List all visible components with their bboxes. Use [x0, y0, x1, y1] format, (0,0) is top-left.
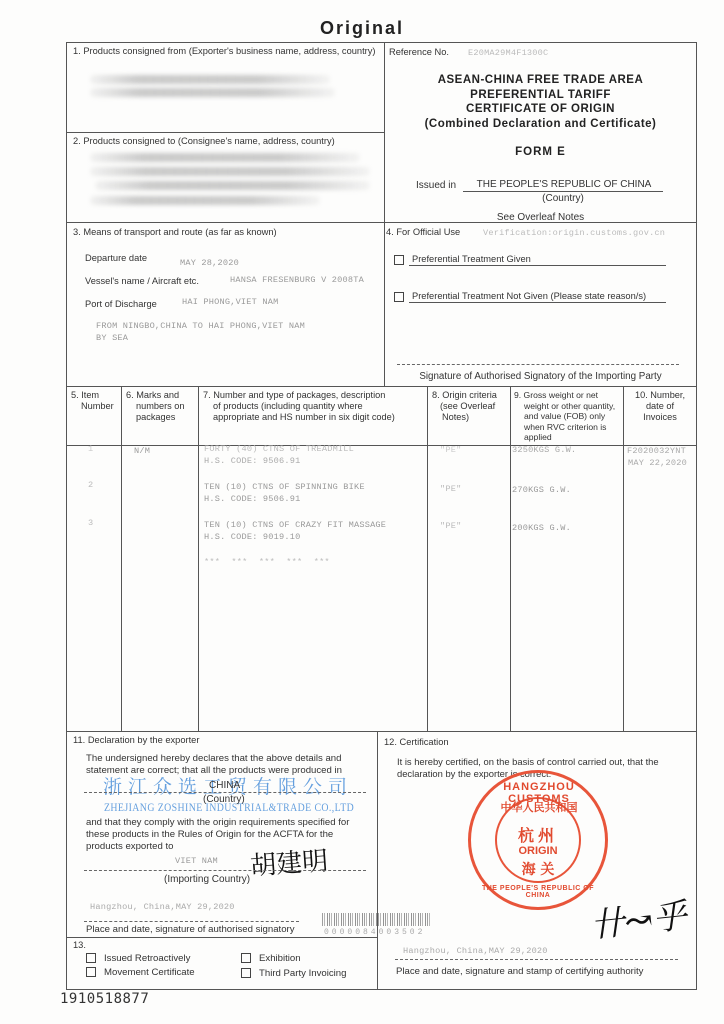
option-label: Third Party Invoicing — [259, 968, 346, 979]
signatory-dashed-line — [84, 921, 299, 922]
divider — [427, 386, 428, 731]
redacted-consignee-line — [90, 196, 320, 205]
importing-party-signature-caption: Signature of Authorised Signatory of the… — [384, 371, 697, 383]
stamp-bottom-text: THE PEOPLE'S REPUBLIC OF CHINA — [475, 885, 601, 899]
reference-number: E20MA29M4F1300C — [468, 48, 548, 59]
box13-label: 13. — [73, 940, 86, 952]
header-line: of products (including quantity where — [203, 401, 395, 412]
heading-line: (Combined Declaration and Certificate) — [384, 117, 697, 132]
heading-line: CERTIFICATE OF ORIGIN — [384, 102, 697, 117]
header-line: Notes) — [432, 412, 497, 423]
produced-in-country: CHINA — [209, 780, 240, 792]
exporter-place-date: Hangzhou, China,MAY 29,2020 — [90, 902, 235, 913]
redacted-exporter-line — [90, 75, 330, 84]
heading-line: ASEAN-CHINA FREE TRADE AREA — [384, 73, 697, 88]
issued-in-value: THE PEOPLE'S REPUBLIC OF CHINA — [466, 179, 662, 191]
vessel-value: HANSA FRESENBURG V 2008TA — [230, 275, 364, 286]
box3-label: 3. Means of transport and route (as far … — [73, 227, 277, 239]
departure-date-label: Departure date — [85, 253, 147, 265]
hs-code: H.S. CODE: 9506.91 — [204, 456, 300, 467]
serial-number: 1910518877 — [60, 991, 149, 1007]
checkbox-icon[interactable] — [394, 255, 404, 265]
stamp-customs-cn: 海 关 — [471, 859, 605, 879]
header-origin-criteria: 8. Origin criteria (see Overleaf Notes) — [432, 390, 497, 423]
barcode-digits: 0000084003502 — [324, 927, 425, 938]
checkbox-icon[interactable] — [86, 953, 96, 963]
header-line: 9. Gross weight or net — [514, 390, 615, 401]
certifier-caption: Place and date, signature and stamp of c… — [396, 966, 643, 978]
header-line: Number — [71, 401, 114, 412]
route-line: FROM NINGBO,CHINA TO HAI PHONG,VIET NAM — [96, 321, 305, 332]
heading-line: PREFERENTIAL TARIFF — [384, 88, 697, 103]
item-number: 2 — [88, 480, 93, 491]
importing-country-value: VIET NAM — [175, 856, 218, 867]
issued-in-underline — [463, 191, 663, 192]
origin-criteria: "PE" — [440, 521, 461, 532]
divider — [66, 445, 697, 446]
form-name: FORM E — [384, 146, 697, 158]
marks-value: N/M — [134, 446, 150, 457]
issued-in-label: Issued in — [416, 180, 456, 192]
redacted-exporter-line — [90, 88, 335, 97]
box1-label: 1. Products consigned from (Exporter's b… — [73, 46, 378, 58]
hs-code: H.S. CODE: 9506.91 — [204, 494, 300, 505]
header-line: 8. Origin criteria — [432, 390, 497, 401]
exporter-signature: 胡建明 — [249, 840, 329, 882]
origin-criteria: "PE" — [440, 445, 461, 456]
header-line: weight or other quantity, — [514, 401, 615, 412]
checkbox-icon[interactable] — [394, 292, 404, 302]
divider — [121, 386, 122, 731]
redacted-consignee-line — [90, 153, 360, 162]
box2-label: 2. Products consigned to (Consignee's na… — [73, 136, 378, 148]
option-exhibition[interactable]: Exhibition — [241, 953, 301, 965]
option-preferential-not-given[interactable]: Preferential Treatment Not Given (Please… — [394, 291, 646, 303]
option-preferential-given[interactable]: Preferential Treatment Given — [394, 254, 531, 266]
description-line: TEN (10) CTNS OF SPINNING BIKE — [204, 482, 365, 493]
divider — [66, 386, 697, 387]
certifier-place-date: Hangzhou, China,MAY 29,2020 — [403, 946, 548, 957]
declaration-text: The undersigned hereby declares that the… — [86, 753, 341, 765]
header-line: (see Overleaf — [432, 401, 497, 412]
country-dashed-line — [84, 792, 366, 793]
importing-country-dashed-line — [84, 870, 366, 871]
verification-url: Verification:origin.customs.gov.cn — [483, 228, 665, 239]
header-invoices: 10. Number, date of Invoices — [623, 390, 697, 423]
stamp-city: 杭州 — [471, 823, 605, 846]
option-label: Preferential Treatment Given — [412, 254, 531, 264]
route-line: BY SEA — [96, 333, 128, 344]
divider — [623, 386, 624, 731]
header-line: 5. Item — [71, 390, 114, 401]
header-line: when RVC criterion is — [514, 422, 615, 433]
checkbox-icon[interactable] — [241, 953, 251, 963]
stamp-cn-arc: 中华人民共和国 — [491, 799, 587, 815]
divider — [377, 731, 378, 990]
option-label: Preferential Treatment Not Given (Please… — [412, 291, 646, 301]
item-number: 1 — [88, 444, 93, 455]
option-issued-retroactively[interactable]: Issued Retroactively — [86, 953, 190, 965]
origin-criteria: "PE" — [440, 484, 461, 495]
header-line: 6. Marks and — [126, 390, 185, 401]
option-movement-certificate[interactable]: Movement Certificate — [86, 967, 195, 979]
company-chop-en: ZHEJIANG ZOSHINE INDUSTRIAL&TRADE CO.,LT… — [104, 800, 354, 815]
description-line: FORTY (40) CTNS OF TREADMILL — [204, 444, 354, 455]
option-underline — [409, 302, 666, 303]
country-caption: (Country) — [463, 193, 663, 205]
checkbox-icon[interactable] — [86, 967, 96, 977]
header-line: date of — [623, 401, 697, 412]
header-gross-weight: 9. Gross weight or net weight or other q… — [514, 390, 615, 443]
invoice-date: MAY 22,2020 — [628, 458, 687, 469]
redacted-consignee-line — [95, 181, 370, 190]
certification-text: It is hereby certified, on the basis of … — [397, 756, 659, 768]
box11-label: 11. Declaration by the exporter — [73, 735, 199, 747]
declaration-text: these products in the Rules of Origin fo… — [86, 829, 333, 841]
reference-label: Reference No. — [389, 47, 449, 59]
importing-country-caption: (Importing Country) — [164, 874, 250, 886]
hs-code: H.S. CODE: 9019.10 — [204, 532, 300, 543]
redacted-consignee-line — [90, 167, 370, 176]
divider — [510, 386, 511, 731]
gross-weight: 270KGS G.W. — [512, 485, 571, 496]
certificate-heading: ASEAN-CHINA FREE TRADE AREA PREFERENTIAL… — [384, 73, 697, 131]
invoice-number: F2020032YNT — [627, 446, 686, 457]
option-label: Movement Certificate — [104, 967, 195, 978]
gross-weight: 200KGS G.W. — [512, 523, 571, 534]
item-number: 3 — [88, 518, 93, 529]
option-underline — [409, 265, 666, 266]
stamp-origin: ORIGIN — [471, 845, 605, 857]
header-line: applied — [514, 432, 615, 443]
departure-date-value: MAY 28,2020 — [180, 258, 239, 269]
barcode-icon — [322, 913, 432, 926]
end-of-goods-marks: *** *** *** *** *** — [204, 557, 330, 568]
checkbox-icon[interactable] — [241, 968, 251, 978]
document-title: Original — [0, 18, 724, 39]
certifier-dashed-line — [395, 959, 678, 960]
description-line: TEN (10) CTNS OF CRAZY FIT MASSAGE — [204, 520, 386, 531]
overleaf-notes: See Overleaf Notes — [384, 212, 697, 224]
header-line: appropriate and HS number in six digit c… — [203, 412, 395, 423]
box12-label: 12. Certification — [384, 737, 449, 749]
option-label: Issued Retroactively — [104, 953, 190, 964]
option-third-party-invoicing[interactable]: Third Party Invoicing — [241, 968, 346, 980]
gross-weight: 3250KGS G.W. — [512, 445, 576, 456]
vessel-label: Vessel's name / Aircraft etc. — [85, 276, 199, 288]
header-line: 10. Number, — [623, 390, 697, 401]
divider — [66, 731, 697, 732]
divider — [66, 132, 384, 133]
header-line: packages — [126, 412, 185, 423]
signatory-caption: Place and date, signature of authorised … — [86, 924, 295, 936]
header-line: 7. Number and type of packages, descript… — [203, 390, 395, 401]
port-of-discharge-label: Port of Discharge — [85, 299, 157, 311]
header-line: numbers on — [126, 401, 185, 412]
option-label: Exhibition — [259, 953, 301, 964]
header-description: 7. Number and type of packages, descript… — [203, 390, 395, 423]
customs-stamp: HANGZHOU CUSTOMS 中华人民共和国 杭州 ORIGIN 海 关 T… — [468, 770, 608, 910]
port-of-discharge-value: HAI PHONG,VIET NAM — [182, 297, 278, 308]
declaration-text: products exported to — [86, 841, 173, 853]
box4-label: 4. For Official Use — [386, 227, 460, 239]
header-marks: 6. Marks and numbers on packages — [126, 390, 185, 423]
signature-dashed-line — [397, 364, 679, 365]
header-item-number: 5. Item Number — [71, 390, 114, 412]
declaration-text: and that they comply with the origin req… — [86, 817, 349, 829]
header-line: Invoices — [623, 412, 697, 423]
divider — [198, 386, 199, 731]
certifier-signature-icon: 卄↝乎 — [588, 888, 689, 947]
header-line: and value (FOB) only — [514, 411, 615, 422]
